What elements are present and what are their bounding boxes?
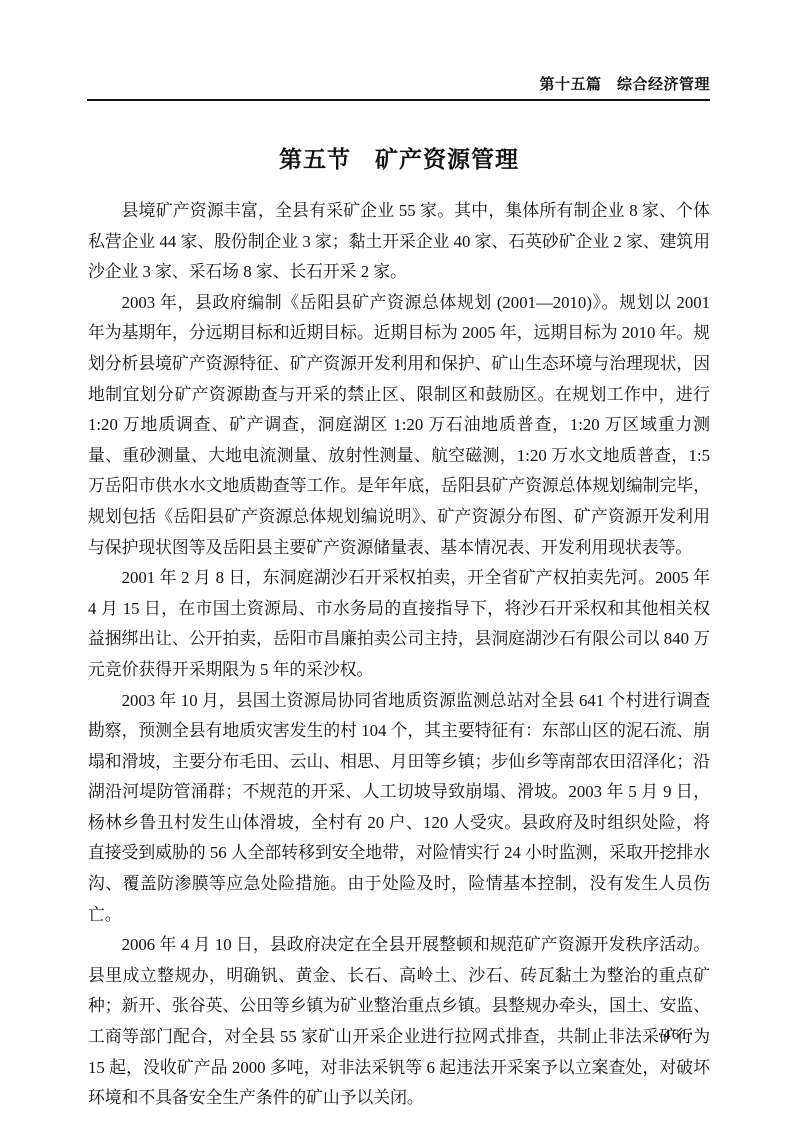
paragraph: 2003 年，县政府编制《岳阳县矿产资源总体规划 (2001—2010)》。规划… — [88, 288, 710, 563]
body-text: 县境矿产资源丰富，全县有采矿企业 55 家。其中，集体所有制企业 8 家、个体私… — [88, 196, 710, 1114]
paragraph: 县境矿产资源丰富，全县有采矿企业 55 家。其中，集体所有制企业 8 家、个体私… — [88, 196, 710, 288]
header-rule — [87, 99, 710, 101]
document-page: 第十五篇 综合经济管理 第五节 矿产资源管理 县境矿产资源丰富，全县有采矿企业 … — [0, 0, 793, 1122]
paragraph: 2003 年 10 月，县国土资源局协同省地质资源监测总站对全县 641 个村进… — [88, 686, 710, 931]
running-head: 第十五篇 综合经济管理 — [539, 73, 710, 94]
page-number: ·461· — [635, 1027, 717, 1044]
paragraph: 2001 年 2 月 8 日，东洞庭湖沙石开采权拍卖，开全省矿产权拍卖先河。20… — [88, 563, 710, 685]
section-title: 第五节 矿产资源管理 — [88, 141, 710, 174]
paragraph: 2006 年 4 月 10 日，县政府决定在全县开展整顿和规范矿产资源开发秩序活… — [88, 930, 710, 1114]
